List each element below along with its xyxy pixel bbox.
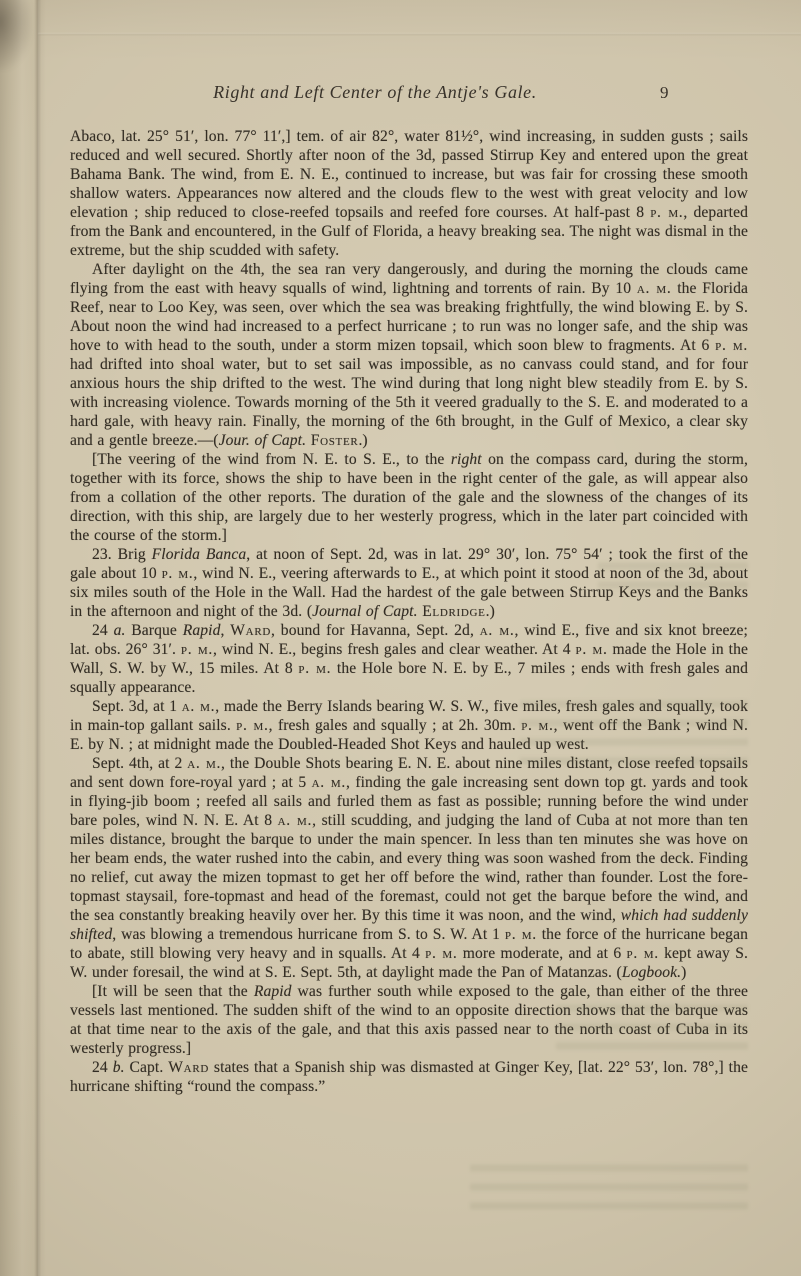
text-paragraph-3: [The veering of the wind from N. E. to S… [70,450,748,545]
text-segment: Journal of Capt. [312,603,417,620]
text-segment: .) [358,432,367,449]
text-segment: p. m. [650,204,683,221]
text-segment: p. m. [505,926,537,943]
text-segment: p. m. [715,337,748,354]
text-segment: p. m. [181,641,213,658]
text-segment: right [451,451,482,468]
text-segment: p. m. [162,565,194,582]
text-segment: a. m. [637,280,672,297]
page-header: Right and Left Center of the Antje's Gal… [0,82,801,110]
text-paragraph-5: 24 a. Barque Rapid, Ward, bound for Hava… [70,621,748,697]
bleed-through-artifact [520,694,748,774]
text-segment: , fresh gales and squally ; at 2h. 30m. [269,717,522,734]
text-segment: p. m. [576,641,608,658]
page-corner-smudge [0,0,32,70]
text-segment: a. m. [182,698,216,715]
text-segment: .) [486,603,495,620]
text-segment: a. m. [278,812,312,829]
text-segment: Sept. 3d, at 1 [92,698,182,715]
text-segment: a. [114,622,126,639]
text-segment: more moderate, and at 6 [458,945,627,962]
bleed-through-artifact [556,998,748,1056]
text-segment: Capt. [125,1059,169,1076]
page-number: 9 [660,83,669,103]
text-segment: [The veering of the wind from N. E. to S… [92,451,451,468]
text-segment: p. m. [425,945,457,962]
text-segment: Jour. of Capt. [219,432,307,449]
text-segment: 24 [92,622,114,639]
text-segment: Abaco, lat. 25° 51′, lon. 77° 11′,] tem.… [70,128,748,221]
text-segment: Florida Banca [152,546,247,563]
text-paragraph-7: Sept. 4th, at 2 a. m., the Double Shots … [70,754,748,982]
text-segment: Ward [168,1059,209,1076]
text-segment: Logbook. [622,964,681,981]
text-segment: , wind N. E., begins fresh gales and cle… [213,641,576,658]
text-segment: , [220,622,230,639]
book-page: Right and Left Center of the Antje's Gal… [0,0,801,1276]
text-paragraph-2: After daylight on the 4th, the sea ran v… [70,260,748,450]
text-segment: Foster [311,432,359,449]
bleed-through-artifact [470,1158,748,1210]
running-header-title: Right and Left Center of the Antje's Gal… [213,82,537,103]
text-paragraph-1: Abaco, lat. 25° 51′, lon. 77° 11′,] tem.… [70,127,748,260]
text-segment: 24 [92,1059,113,1076]
page-body-text: Abaco, lat. 25° 51′, lon. 77° 11′,] tem.… [70,127,748,1096]
text-segment: p. m. [236,717,268,734]
text-segment: 23. Brig [92,546,152,563]
page-left-edge-line [37,0,39,1276]
text-paragraph-9: 24 b. Capt. Ward states that a Spanish s… [70,1058,748,1096]
text-segment: , bound for Havanna, Sept. 2d, [271,622,480,639]
text-segment: a. m. [480,622,515,639]
text-segment: a. m. [312,774,346,791]
text-segment: , was blowing a tremendous hurricane fro… [112,926,505,943]
text-segment: had drifted into shoal water, but to set… [70,356,748,449]
text-segment: Barque [126,622,183,639]
text-segment: Ward [230,622,271,639]
text-segment: Rapid [183,622,221,639]
text-segment: Sept. 4th, at 2 [92,755,187,772]
page-top-crease-line [38,33,801,35]
text-segment: p. m. [298,660,331,677]
text-segment: ) [681,964,686,981]
text-segment: [It will be seen that the [92,983,254,1000]
bleed-through-artifact [598,556,748,590]
text-segment: a. m. [187,755,221,772]
text-segment: Rapid [254,983,292,1000]
text-segment: b. [113,1059,125,1076]
text-segment: p. m. [627,945,659,962]
text-segment: Eldridge [422,603,485,620]
